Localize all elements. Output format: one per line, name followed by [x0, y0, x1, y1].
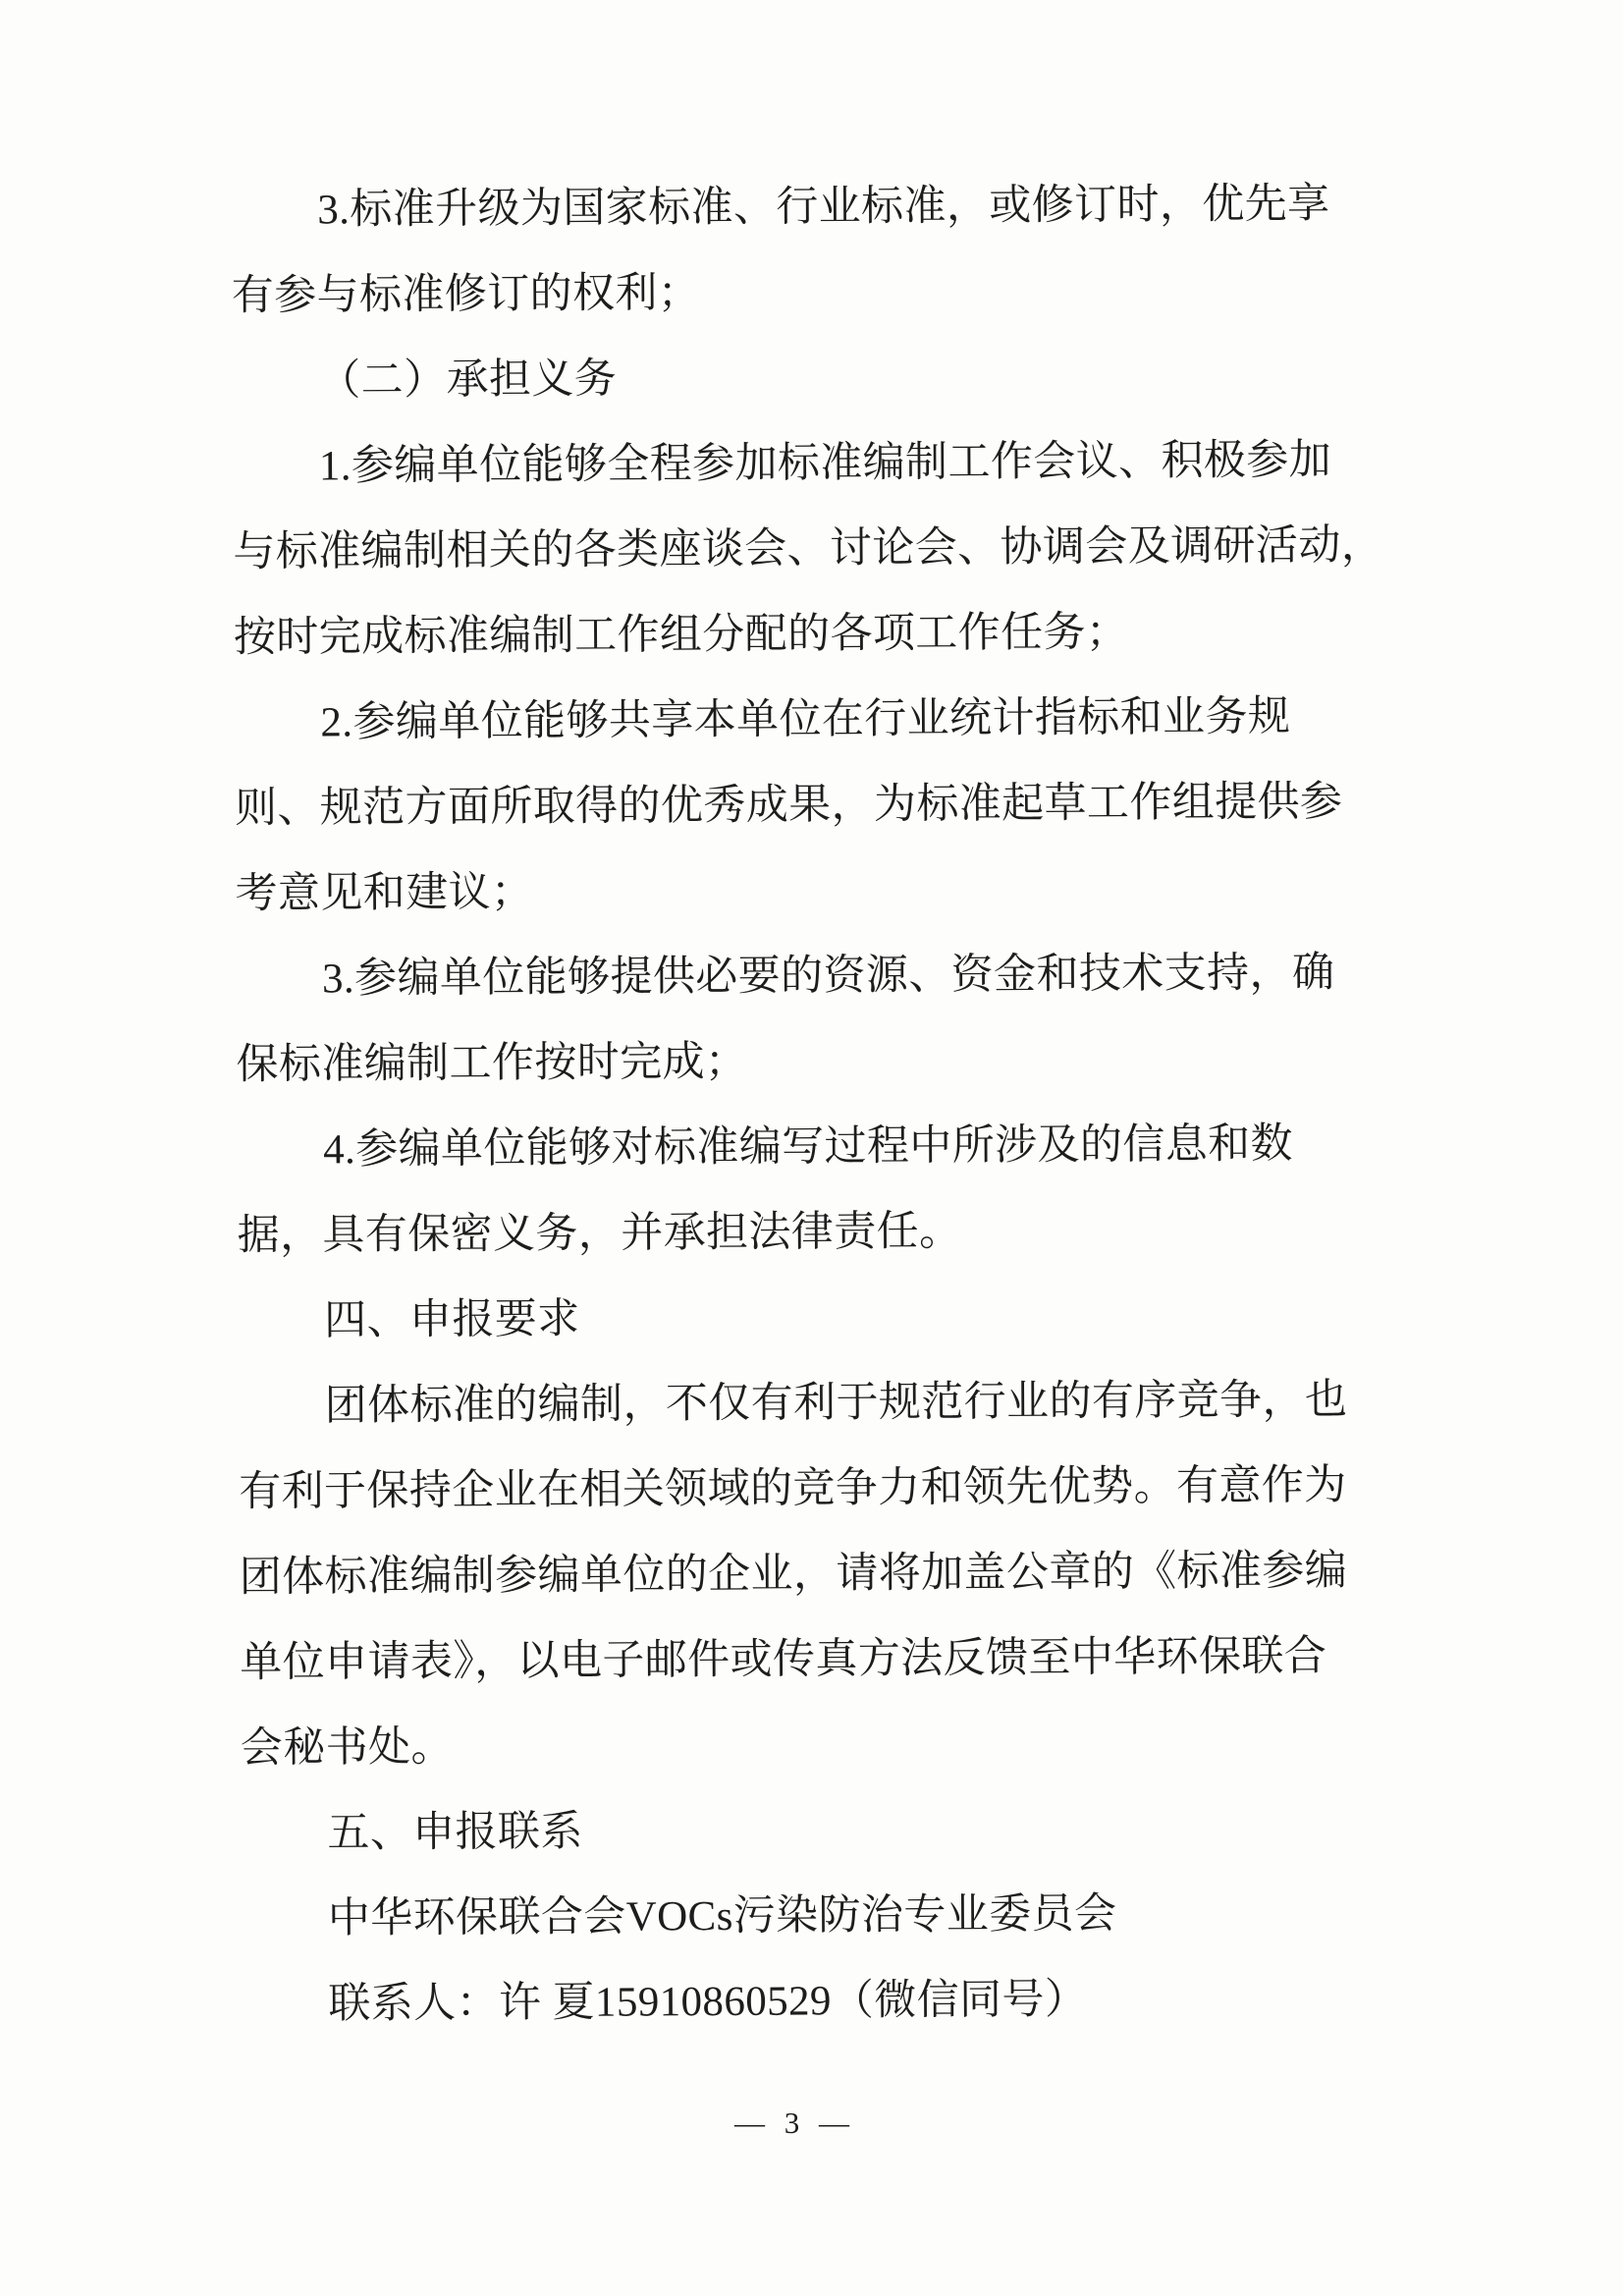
- text-line: 四、申报要求: [238, 1272, 1402, 1364]
- text-line: 团体标准的编制，不仅有利于规范行业的有序竞争，也: [238, 1357, 1402, 1449]
- document-body: 3.标准升级为国家标准、行业标准，或修订时，优先享有参与标准修订的权利；（二）承…: [231, 161, 1406, 2048]
- text-line: 3.标准升级为国家标准、行业标准，或修订时，优先享: [231, 161, 1395, 253]
- text-line: 1.参编单位能够全程参加标准编制工作会议、积极参加: [233, 417, 1397, 510]
- text-line: 则、规范方面所取得的优秀成果，为标准起草工作组提供参: [235, 759, 1399, 851]
- text-line: 有参与标准修订的权利；: [232, 246, 1396, 339]
- text-line: 团体标准编制参编单位的企业，请将加盖公章的《标准参编: [240, 1528, 1404, 1620]
- text-line: 会秘书处。: [241, 1699, 1405, 1791]
- text-line: 4.参编单位能够对标准编写过程中所涉及的信息和数: [237, 1101, 1401, 1193]
- text-line: 2.参编单位能够共享本单位在行业统计指标和业务规: [234, 674, 1398, 766]
- text-line: 考意见和建议；: [235, 845, 1399, 937]
- text-line: 据，具有保密义务，并承担法律责任。: [237, 1186, 1401, 1279]
- text-line: 3.参编单位能够提供必要的资源、资金和技术支持，确: [236, 930, 1400, 1022]
- text-line: 中华环保联合会VOCs污染防治专业委员会: [242, 1870, 1406, 1962]
- text-line: 按时完成标准编制工作组分配的各项工作任务；: [234, 588, 1398, 681]
- text-line: 与标准编制相关的各类座谈会、讨论会、协调会及调研活动，: [233, 503, 1397, 595]
- text-line: （二）承担义务: [232, 332, 1396, 424]
- text-line: 单位申请表》，以电子邮件或传真方法反馈至中华环保联合: [240, 1613, 1404, 1706]
- document-page: 3.标准升级为国家标准、行业标准，或修订时，优先享有参与标准修订的权利；（二）承…: [0, 0, 1623, 2296]
- text-line: 五、申报联系: [241, 1784, 1405, 1877]
- text-line: 有利于保持企业在相关领域的竞争力和领先优势。有意作为: [239, 1443, 1403, 1535]
- page-number: — 3 —: [0, 2104, 1585, 2143]
- text-line: 保标准编制工作按时完成；: [236, 1015, 1400, 1108]
- text-line: 联系人：许 夏15910860529（微信同号）: [242, 1955, 1406, 2048]
